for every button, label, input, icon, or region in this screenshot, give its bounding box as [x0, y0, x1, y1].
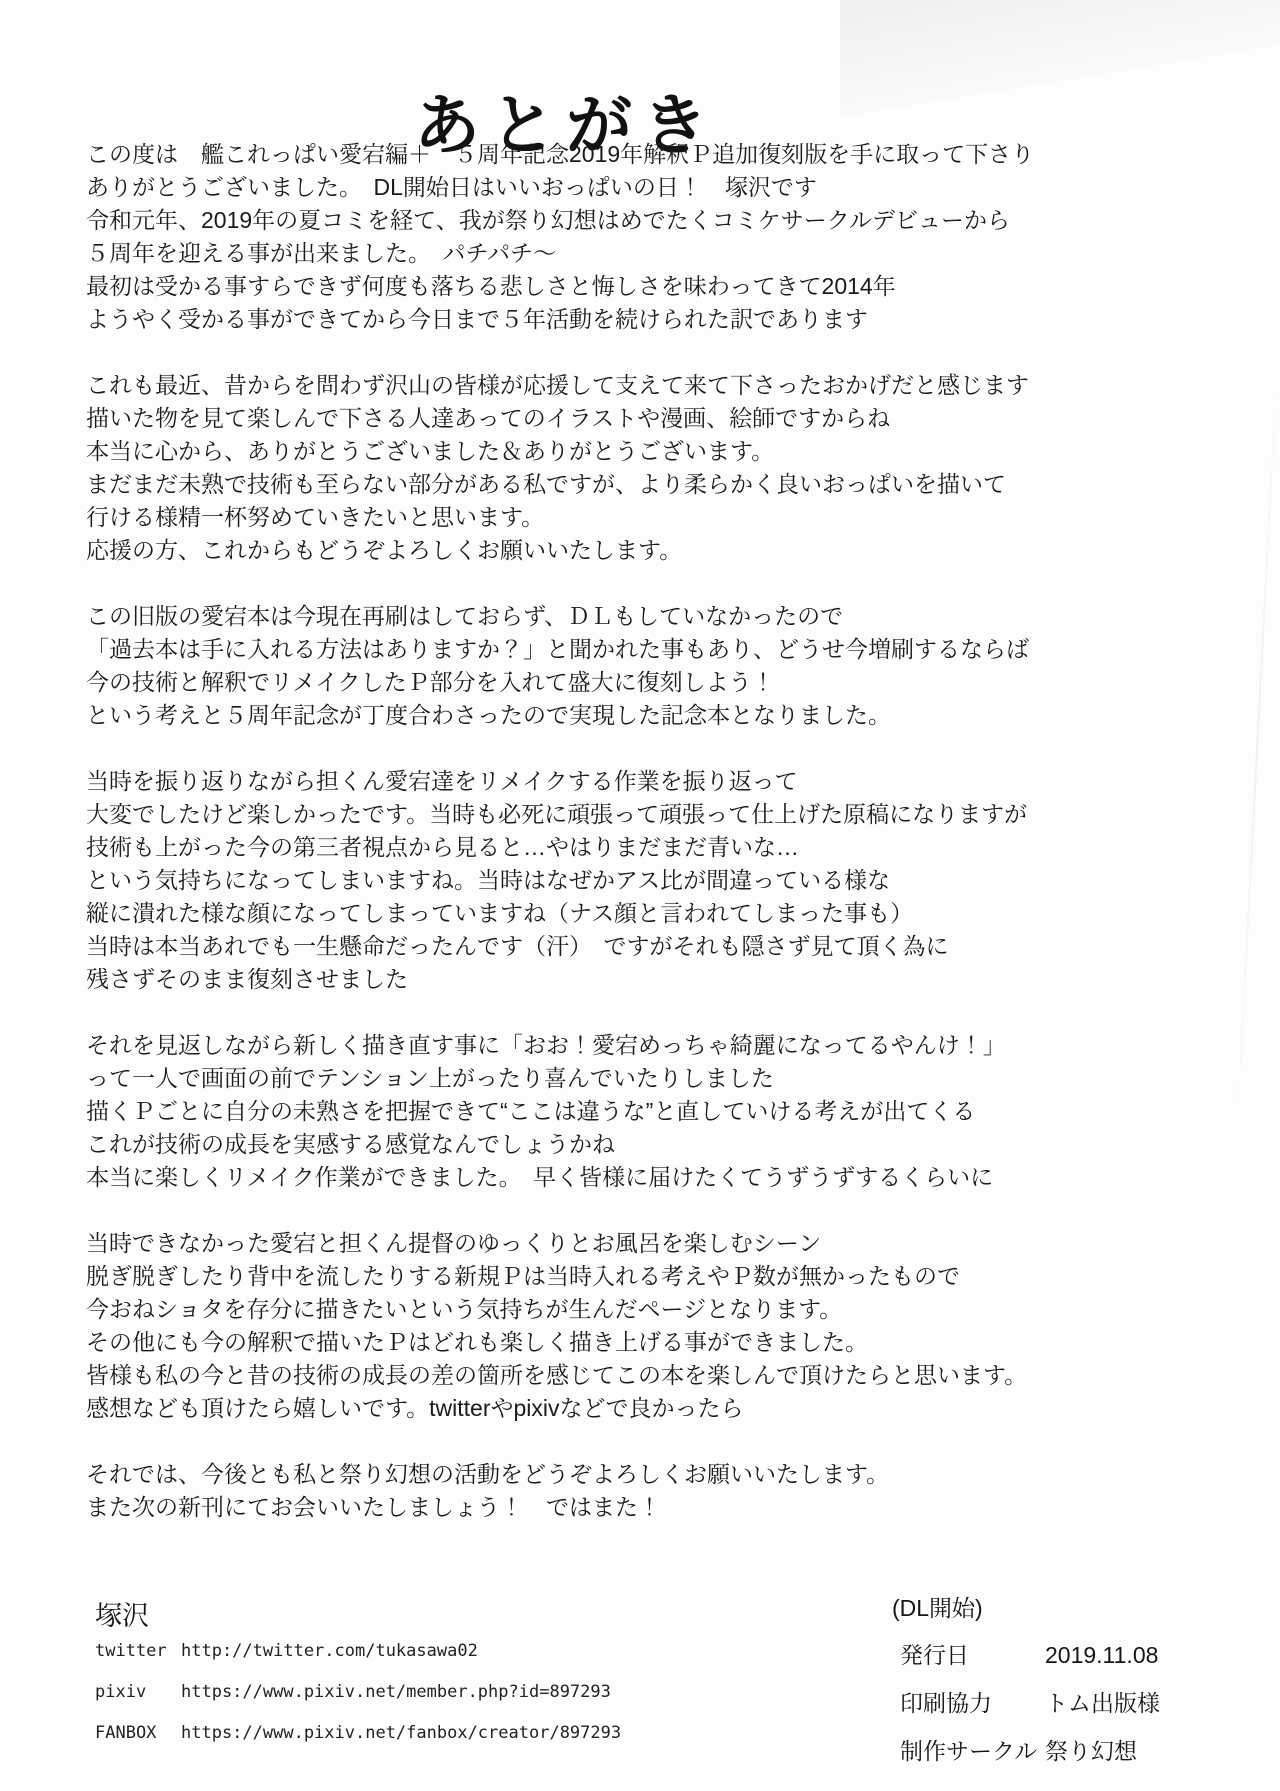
- publication-info-block: (DL開始) 発行日 2019.11.08 印刷協力 トム出版様 制作サークル …: [892, 1590, 1160, 1781]
- circle-label: 制作サークル: [900, 1733, 1045, 1766]
- text-line: また次の新刊にてお会いいたしましょう！ ではまた！: [86, 1491, 1096, 1524]
- circle-value: 祭り幻想: [1045, 1733, 1137, 1766]
- text-line: ようやく受かる事ができてから今日まで５年活動を続けられた訳であります: [86, 303, 1096, 336]
- text-line: 残さずそのまま復刻させました: [86, 963, 1096, 996]
- text-line: 当時できなかった愛宕と担くん提督のゆっくりとお風呂を楽しむシーン: [86, 1227, 1096, 1260]
- paragraph-growth: それを見返しながら新しく描き直す事に「おお！愛宕めっちゃ綺麗になってるやんけ！」…: [86, 1029, 1096, 1194]
- text-line: 今おねショタを存分に描きたいという気持ちが生んだページとなります。: [86, 1293, 1096, 1326]
- afterword-body: この度は 艦これっぱい愛宕編＋ ５周年記念2019年解釈Ｐ追加復刻版を手に取って…: [86, 138, 1096, 1557]
- text-line: 描くＰごとに自分の未熟さを把握できて“ここは違うな”と直していける考えが出てくる: [86, 1095, 1096, 1128]
- text-line: 当時を振り返りながら担くん愛宕達をリメイクする作業を振り返って: [86, 765, 1096, 798]
- paragraph-thanks: これも最近、昔からを問わず沢山の皆様が応援して支えて来て下さったおかげだと感じま…: [86, 369, 1096, 567]
- publication-date-label: 発行日: [900, 1637, 1045, 1670]
- text-line: 本当に心から、ありがとうございました＆ありがとうございます。: [86, 435, 1096, 468]
- fanbox-label: FANBOX: [95, 1723, 181, 1743]
- printer-label: 印刷協力: [900, 1685, 1045, 1718]
- text-line: ありがとうございました。 DL開始日はいいおっぱいの日！ 塚沢です: [86, 171, 1096, 204]
- contact-row-fanbox: FANBOX https://www.pixiv.net/fanbox/crea…: [95, 1723, 621, 1743]
- text-line: って一人で画面の前でテンション上がったり喜んでいたりしました: [86, 1062, 1096, 1095]
- afterword-page: あとがき この度は 艦これっぱい愛宕編＋ ５周年記念2019年解釈Ｐ追加復刻版を…: [0, 0, 1280, 1791]
- text-line: これも最近、昔からを問わず沢山の皆様が応援して支えて来て下さったおかげだと感じま…: [86, 369, 1096, 402]
- text-line: 「過去本は手に入れる方法はありますか？」と聞かれた事もあり、どうせ今増刷するなら…: [86, 633, 1096, 666]
- text-line: それでは、今後とも私と祭り幻想の活動をどうぞよろしくお願いいたします。: [86, 1458, 1096, 1491]
- twitter-label: twitter: [95, 1641, 181, 1661]
- text-line: この旧版の愛宕本は今現在再刷はしておらず、ＤＬもしていなかったので: [86, 600, 1096, 633]
- fanbox-url: https://www.pixiv.net/fanbox/creator/897…: [181, 1723, 621, 1743]
- text-line: という考えと５周年記念が丁度合わさったので実現した記念本となりました。: [86, 699, 1096, 732]
- text-line: 行ける様精一杯努めていきたいと思います。: [86, 501, 1096, 534]
- contact-row-pixiv: pixiv https://www.pixiv.net/member.php?i…: [95, 1682, 621, 1702]
- text-line: 大変でしたけど楽しかったです。当時も必死に頑張って頑張って仕上げた原稿になります…: [86, 798, 1096, 831]
- text-line: 脱ぎ脱ぎしたり背中を流したりする新規Ｐは当時入れる考えやＰ数が無かったもので: [86, 1260, 1096, 1293]
- text-line: 今の技術と解釈でリメイクしたＰ部分を入れて盛大に復刻しよう！: [86, 666, 1096, 699]
- pixiv-url: https://www.pixiv.net/member.php?id=8972…: [181, 1682, 611, 1702]
- author-name: 塚沢: [95, 1594, 621, 1633]
- contact-row-twitter: twitter http://twitter.com/tukasawa02: [95, 1641, 621, 1661]
- publication-date-value: 2019.11.08: [1045, 1642, 1158, 1669]
- pixiv-label: pixiv: [95, 1682, 181, 1702]
- text-line: 最初は受かる事すらできず何度も落ちる悲しさと悔しさを味わってきて2014年: [86, 270, 1096, 303]
- text-line: 当時は本当あれでも一生懸命だったんです（汗） ですがそれも隠さず見て頂く為に: [86, 930, 1096, 963]
- text-line: それを見返しながら新しく描き直す事に「おお！愛宕めっちゃ綺麗になってるやんけ！」: [86, 1029, 1096, 1062]
- paragraph-remake: 当時を振り返りながら担くん愛宕達をリメイクする作業を振り返って 大変でしたけど楽…: [86, 765, 1096, 996]
- paragraph-reprint: この旧版の愛宕本は今現在再刷はしておらず、ＤＬもしていなかったので 「過去本は手…: [86, 600, 1096, 732]
- dl-start-note: (DL開始): [892, 1590, 1160, 1623]
- text-line: 技術も上がった今の第三者視点から見ると…やはりまだまだ青いな…: [86, 831, 1096, 864]
- scan-line-artifact: [1236, 360, 1279, 1139]
- text-line: 描いた物を見て楽しんで下さる人達あってのイラストや漫画、絵師ですからね: [86, 402, 1096, 435]
- author-contact-block: 塚沢 twitter http://twitter.com/tukasawa02…: [95, 1594, 621, 1764]
- text-line: 感想なども頂けたら嬉しいです。twitterやpixivなどで良かったら: [86, 1392, 1096, 1425]
- text-line: まだまだ未熟で技術も至らない部分がある私ですが、より柔らかく良いおっぱいを描いて: [86, 468, 1096, 501]
- publication-row-printer: 印刷協力 トム出版様: [892, 1685, 1160, 1718]
- text-line: その他にも今の解釈で描いたＰはどれも楽しく描き上げる事ができました。: [86, 1326, 1096, 1359]
- text-line: ５周年を迎える事が出来ました。 パチパチ～: [86, 237, 1096, 270]
- text-line: これが技術の成長を実感する感覚なんでしょうかね: [86, 1128, 1096, 1161]
- publication-row-date: 発行日 2019.11.08: [892, 1637, 1160, 1670]
- paragraph-closing: それでは、今後とも私と祭り幻想の活動をどうぞよろしくお願いいたします。 また次の…: [86, 1458, 1096, 1524]
- printer-value: トム出版様: [1045, 1685, 1160, 1718]
- twitter-url: http://twitter.com/tukasawa02: [181, 1641, 478, 1661]
- text-line: 本当に楽しくリメイク作業ができました。 早く皆様に届けたくてうずうずするくらいに: [86, 1161, 1096, 1194]
- text-line: 皆様も私の今と昔の技術の成長の差の箇所を感じてこの本を楽しんで頂けたらと思います…: [86, 1359, 1096, 1392]
- text-line: という気持ちになってしまいますね。当時はなぜかアス比が間違っている様な: [86, 864, 1096, 897]
- text-line: 令和元年、2019年の夏コミを経て、我が祭り幻想はめでたくコミケサークルデビュー…: [86, 204, 1096, 237]
- text-line: 縦に潰れた様な顔になってしまっていますね（ナス顔と言われてしまった事も）: [86, 897, 1096, 930]
- publication-row-circle: 制作サークル 祭り幻想: [892, 1733, 1160, 1766]
- paragraph-newpages: 当時できなかった愛宕と担くん提督のゆっくりとお風呂を楽しむシーン 脱ぎ脱ぎしたり…: [86, 1227, 1096, 1425]
- text-line: 応援の方、これからもどうぞよろしくお願いいたします。: [86, 534, 1096, 567]
- text-line: この度は 艦これっぱい愛宕編＋ ５周年記念2019年解釈Ｐ追加復刻版を手に取って…: [86, 138, 1096, 171]
- paragraph-intro: この度は 艦これっぱい愛宕編＋ ５周年記念2019年解釈Ｐ追加復刻版を手に取って…: [86, 138, 1096, 336]
